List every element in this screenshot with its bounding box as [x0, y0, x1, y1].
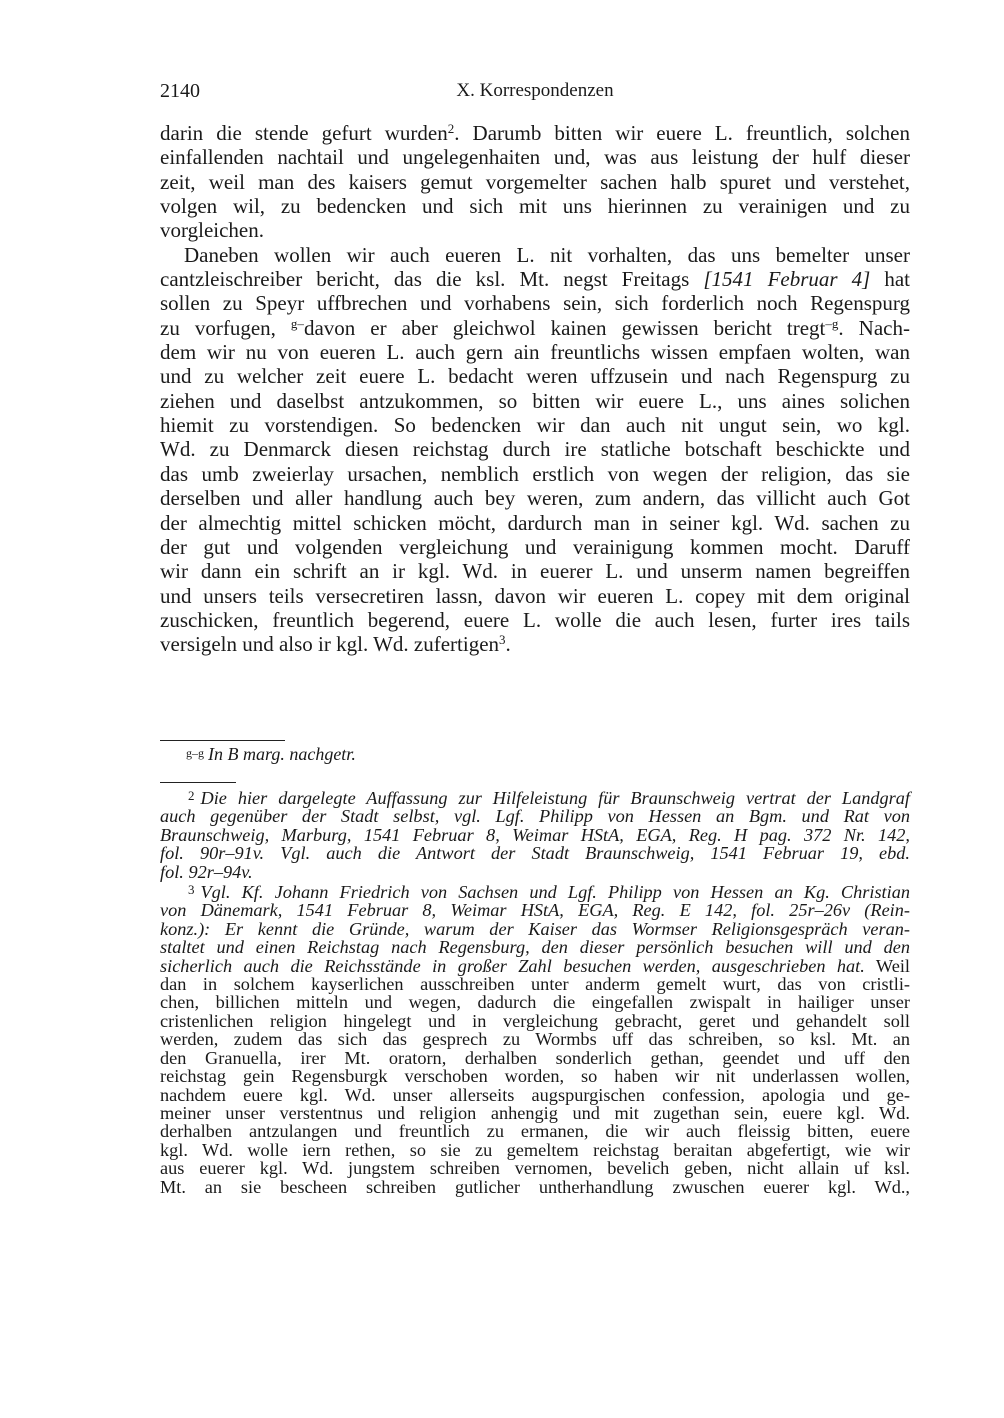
- footnote-line: werden, zudem das sich das gesprech zu W…: [160, 1030, 910, 1048]
- critical-apparatus-note: g–gIn B marg. nachgetr.: [186, 744, 356, 765]
- text-line: derselben und aller handlung auch bey we…: [160, 486, 910, 510]
- footnote-3: 3Vgl. Kf. Johann Friedrich von Sachsen u…: [160, 881, 910, 1196]
- footnote-line: staltet und einen Reichstag nach Regensb…: [160, 938, 910, 956]
- text-line: zu vorfugen, g–davon er aber gleichwol k…: [160, 316, 910, 340]
- text-line: wir dann ein schrift an ir kgl. Wd. in e…: [160, 559, 910, 583]
- footnote-line: kgl. Wd. wolle iern rethen, so sie zu ge…: [160, 1141, 910, 1159]
- text-line: der gut und volgenden vergleichung und v…: [160, 535, 910, 559]
- main-text: darin die stende gefurt wurden2. Darumb …: [160, 121, 910, 657]
- text-line: das umb zweierlay ursachen, nemblich ers…: [160, 462, 910, 486]
- footnote-line: sicherlich auch die Reichsstände in groß…: [160, 957, 910, 975]
- footnote-divider: [160, 782, 236, 783]
- apparatus-siglum: g–g: [186, 746, 204, 760]
- footnote-line: cristenlichen religion hingelegt und in …: [160, 1012, 910, 1030]
- page-header: 2140 X. Korrespondenzen: [160, 80, 910, 106]
- footnote-line: chen, billichen mitteln und wegen, dadur…: [160, 993, 910, 1011]
- footnote-line: konz.): Er kennt die Gründe, warum der K…: [160, 920, 910, 938]
- footnote-line: Mt. an sie bescheen schreiben gutlicher …: [160, 1178, 910, 1196]
- text-line: zuschicken, freuntlich begerend, euere L…: [160, 608, 910, 632]
- paragraph-1: darin die stende gefurt wurden2. Darumb …: [160, 121, 910, 243]
- apparatus-mark-open[interactable]: g–: [291, 316, 304, 331]
- footnote-number: 3: [188, 882, 195, 897]
- text-line: zeit, weil man des kaisers gemut vorgeme…: [160, 170, 910, 194]
- footnote-line: 2Die hier dargelegte Auffassung zur Hilf…: [160, 787, 910, 807]
- text-line: ziehen und daselbst antzukommen, so bitt…: [160, 389, 910, 413]
- editorial-date: [1541 Februar 4]: [703, 267, 870, 291]
- text-line: versigeln und also ir kgl. Wd. zufertige…: [160, 632, 910, 656]
- apparatus-mark-close[interactable]: –g: [825, 316, 838, 331]
- text-line: sollen zu Speyr uffbrechen und vorhabens…: [160, 291, 910, 315]
- text-line: Wd. zu Denmarck diesen reichstag durch i…: [160, 437, 910, 461]
- text-line: und zu welcher zeit euere L. bedacht wer…: [160, 364, 910, 388]
- text-line: der almechtig mittel schicken möcht, dar…: [160, 511, 910, 535]
- footnote-line: fol. 92r–94v.: [160, 863, 910, 881]
- footnote-line: meiner unser verstentnus und religion an…: [160, 1104, 910, 1122]
- text-line: einfallenden nachtail und ungelegenhaite…: [160, 145, 910, 169]
- text-line: und unsers teils versecretiren lassn, da…: [160, 584, 910, 608]
- text-line: cantzleischreiber bericht, das die ksl. …: [160, 267, 910, 291]
- footnote-line: von Dänemark, 1541 Februar 8, Weimar HSt…: [160, 901, 910, 919]
- footnote-line: nachdem euere kgl. Wd. unser allerseits …: [160, 1086, 910, 1104]
- footnote-line: dan in solchem kayserlichen ausschreiben…: [160, 975, 910, 993]
- footnote-line: den Granuella, irer Mt. oratorn, derhalb…: [160, 1049, 910, 1067]
- text-line: dem wir nu von eueren L. auch gern ain f…: [160, 340, 910, 364]
- paragraph-2: Daneben wollen wir auch eueren L. nit vo…: [160, 243, 910, 657]
- footnote-line: derhalben antzulangen und freuntlich zu …: [160, 1122, 910, 1140]
- text-line: darin die stende gefurt wurden2. Darumb …: [160, 121, 910, 145]
- text-line: volgen wil, zu bedencken und sich mit un…: [160, 194, 910, 218]
- footnote-2: 2Die hier dargelegte Auffassung zur Hilf…: [160, 787, 910, 881]
- footnote-line: 3Vgl. Kf. Johann Friedrich von Sachsen u…: [160, 881, 910, 901]
- text-line: vorgleichen.: [160, 218, 910, 242]
- apparatus-text: In B marg. nachgetr.: [208, 744, 356, 764]
- footnote-line: fol. 90r–91v. Vgl. auch die Antwort der …: [160, 844, 910, 862]
- footnote-number: 2: [188, 788, 195, 803]
- footnotes: 2Die hier dargelegte Auffassung zur Hilf…: [160, 787, 910, 1196]
- text-line: hiemit zu vorstendigen. So bedencken wir…: [160, 413, 910, 437]
- footnote-line: reichstag gein Regensburgk verschoben wo…: [160, 1067, 910, 1085]
- footnote-line: auch gegenüber der Stadt selbst, vgl. Lg…: [160, 807, 910, 825]
- footnote-line: aus euerer kgl. Wd. jungstem schreiben v…: [160, 1159, 910, 1177]
- footnote-line: Braunschweig, Marburg, 1541 Februar 8, W…: [160, 826, 910, 844]
- text-line: Daneben wollen wir auch eueren L. nit vo…: [160, 243, 910, 267]
- apparatus-divider: [160, 740, 285, 741]
- running-title: X. Korrespondenzen: [160, 80, 910, 102]
